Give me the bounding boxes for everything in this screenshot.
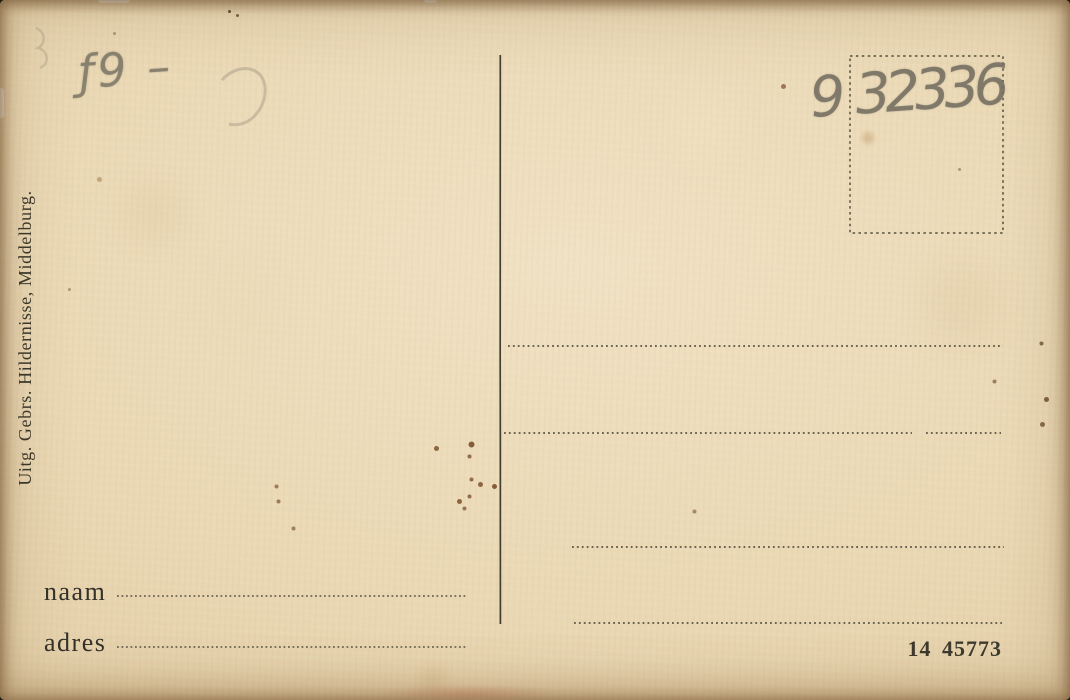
scanned-postcard-photo: Uitg. Gebrs. Hildernisse, Middelburg. ƒ9… [0, 0, 1070, 700]
worn-edge-chip [0, 88, 4, 118]
foxing-spots [0, 0, 3, 3]
publisher-imprint: Uitg. Gebrs. Hildernisse, Middelburg. [15, 183, 35, 493]
serial-number: 14 45773 [908, 636, 1003, 662]
pencil-scribble-circle [222, 69, 265, 125]
bottom-edge-stain [360, 683, 575, 700]
pencil-scribble-corner [36, 28, 47, 68]
postcard-back: Uitg. Gebrs. Hildernisse, Middelburg. ƒ9… [0, 0, 1070, 700]
address-label: adres [44, 628, 106, 658]
worn-edge-notch [424, 0, 437, 3]
pencil-price-mark: ƒ9 – [76, 39, 175, 100]
pencil-inventory-number: 9 32336 [808, 53, 1006, 131]
name-label: naam [44, 577, 106, 607]
worn-edge-notch [98, 0, 130, 3]
